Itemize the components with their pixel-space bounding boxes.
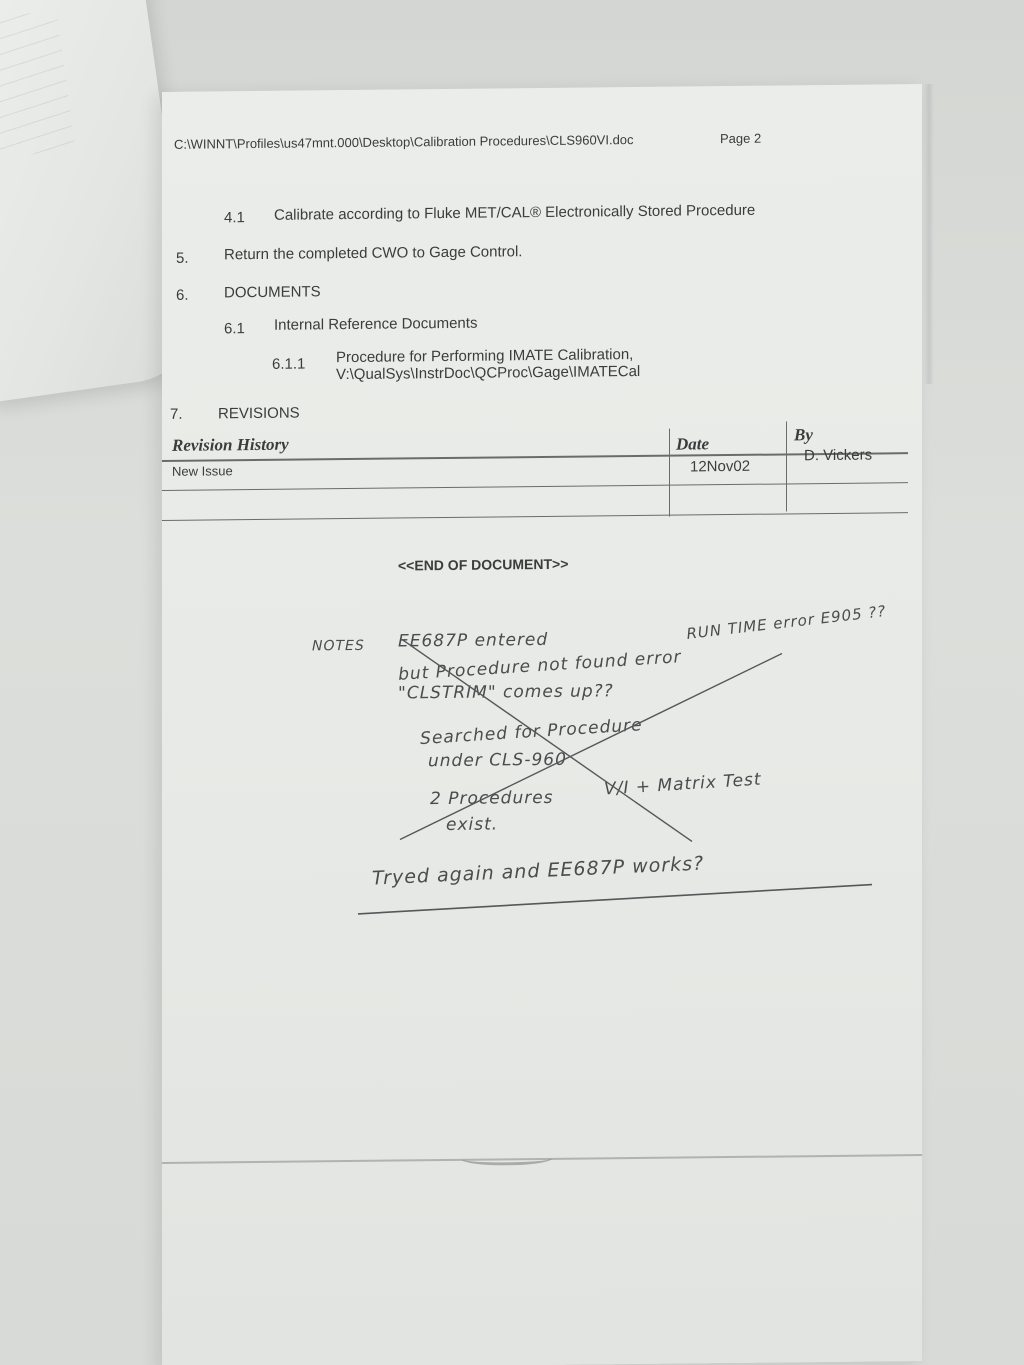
handwritten-notes: NOTES EE687P entered RUN TIME error E905…	[162, 84, 922, 92]
document-page: C:\WINNT\Profiles\us47mnt.000\Desktop\Ca…	[162, 84, 922, 1365]
faded-print-lines	[0, 10, 76, 164]
paper-fold-dip	[462, 1152, 552, 1166]
paper-fold-vertical	[924, 84, 934, 384]
handwritten-cross-out	[162, 84, 922, 992]
